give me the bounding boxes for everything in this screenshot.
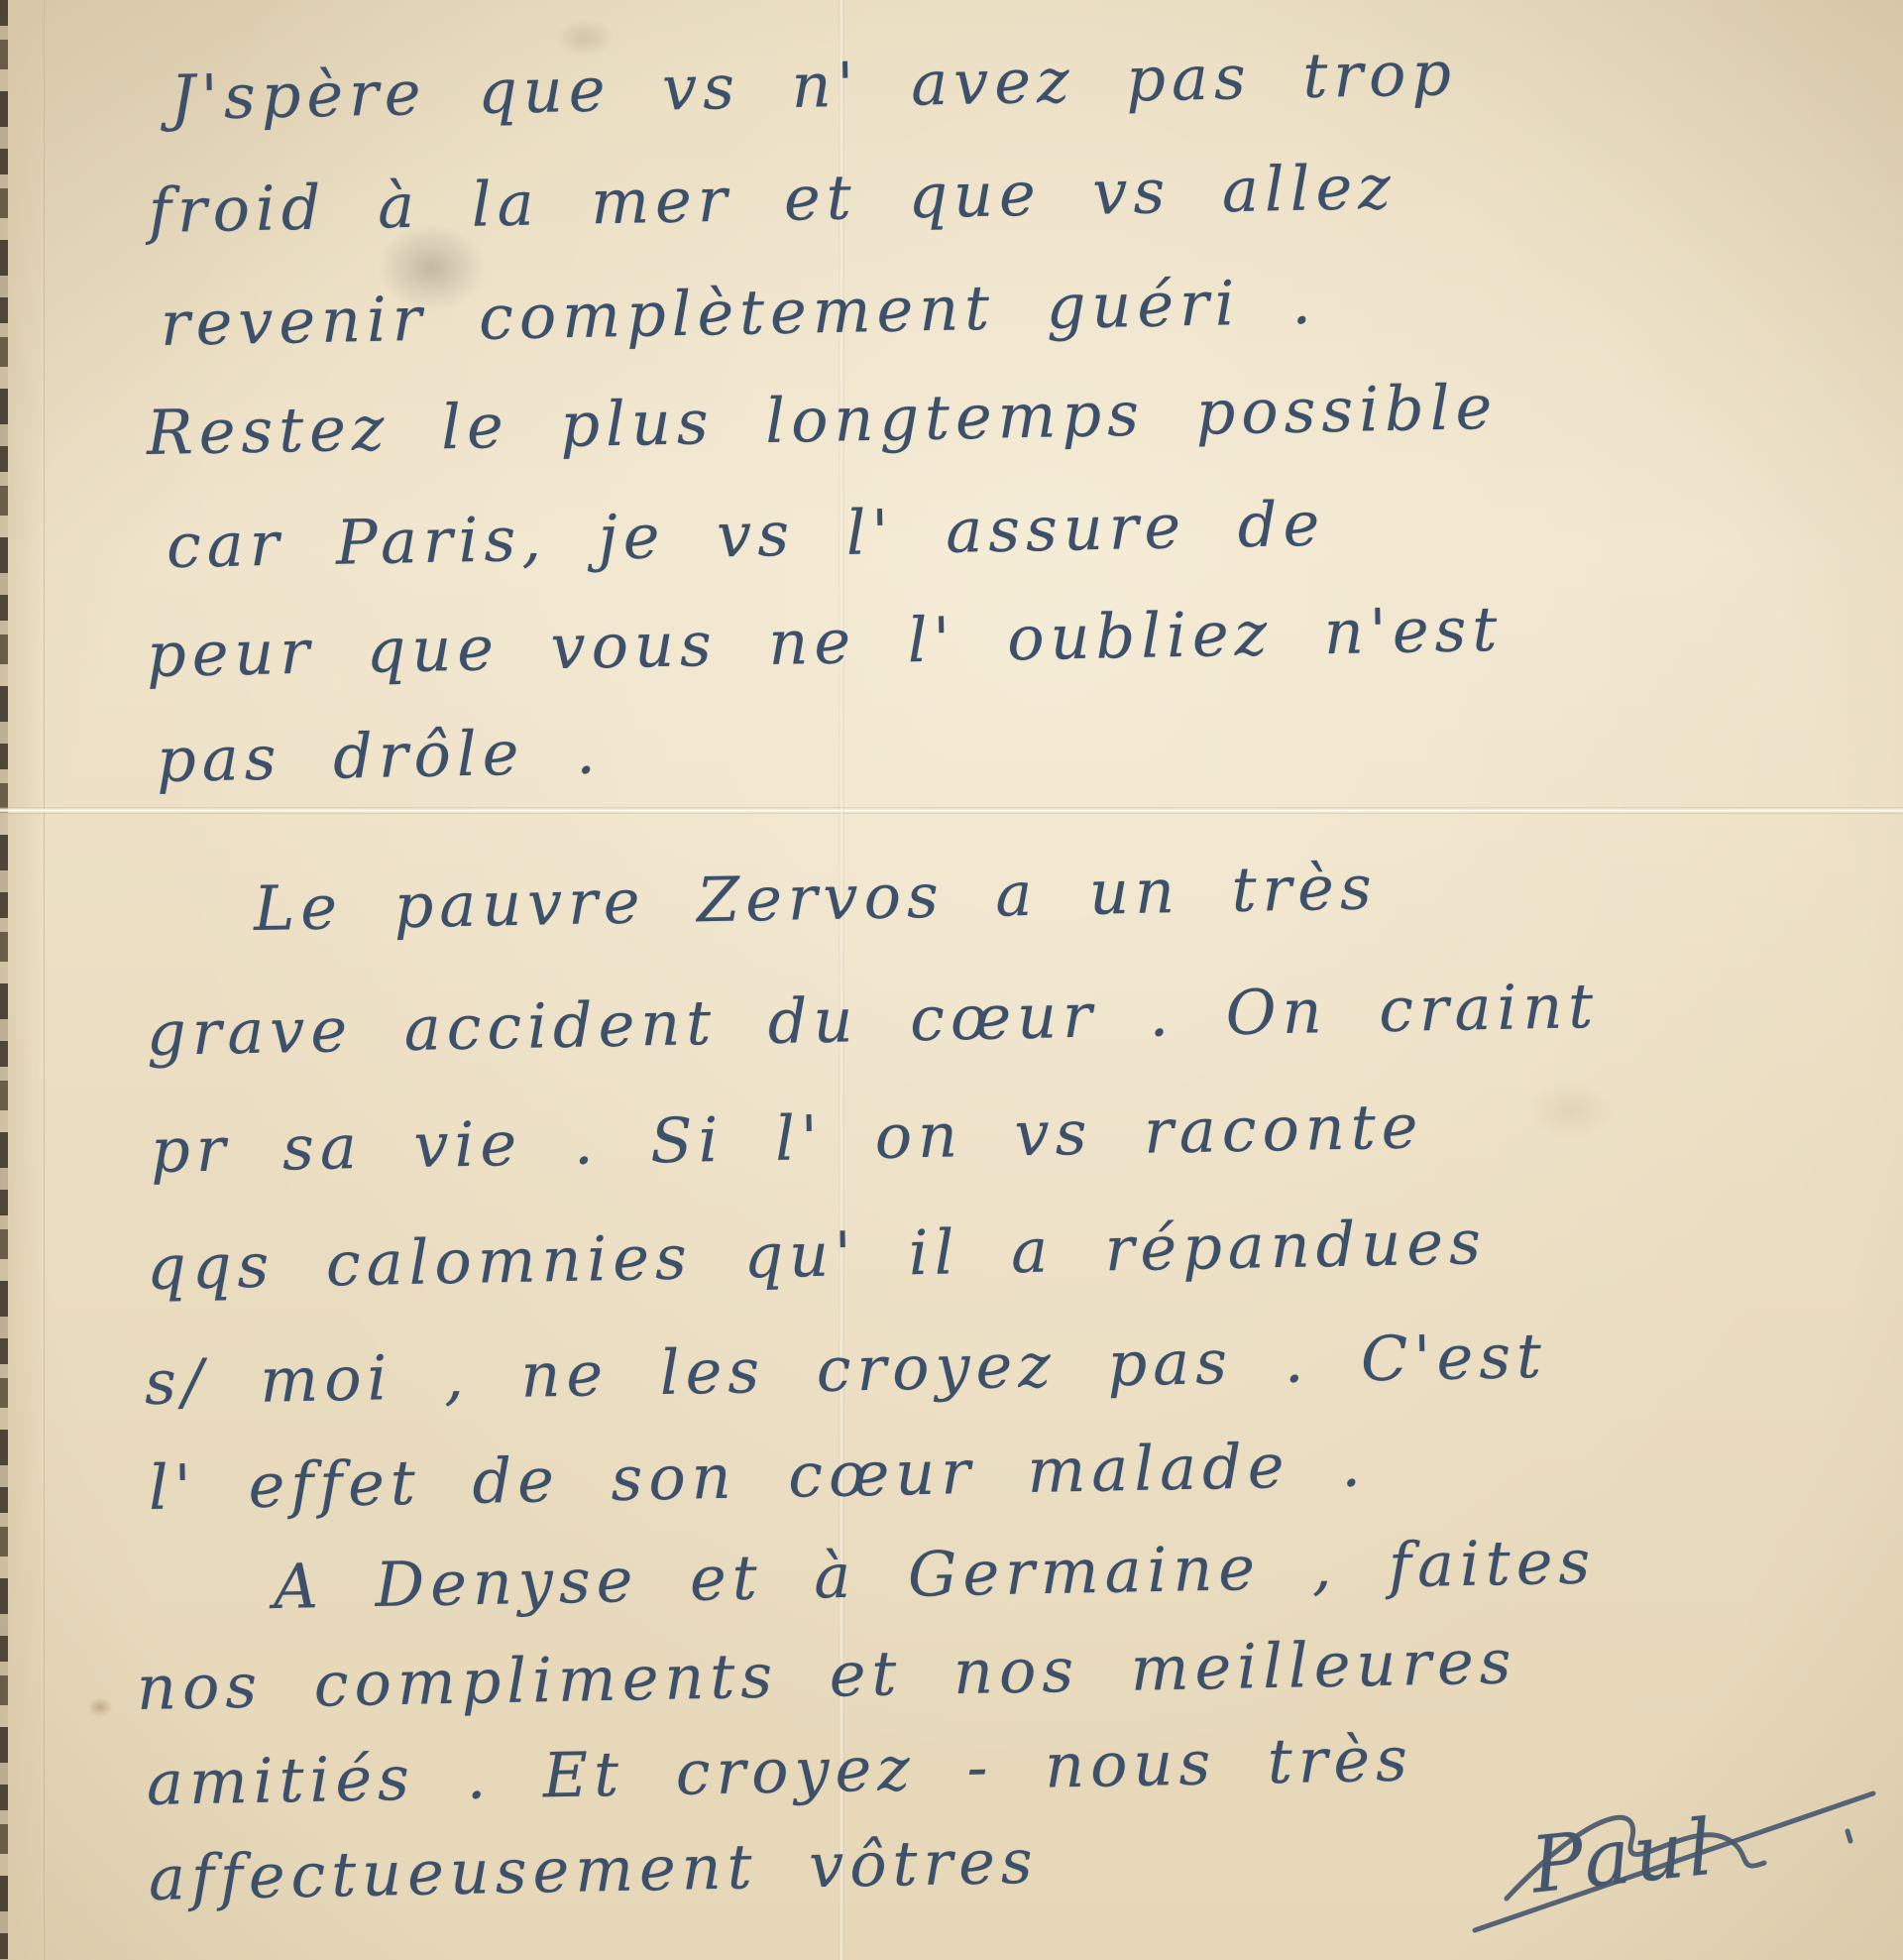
paper-stain [1526,1081,1616,1140]
signature: Paul [1437,1775,1893,1953]
paper-stain [87,1697,113,1717]
letter-line: l' effet de son cœur malade . [148,1428,1367,1524]
letter-line: J'spère que vs n' avez pas trop [169,37,1457,134]
fold-crease-horizontal [0,807,1903,814]
letter-line: car Paris, je vs l' assure de [166,488,1326,582]
letter-line: amitiés . Et croyez - nous très [146,1722,1413,1819]
letter-line: A Denyse et à Germaine , faites [273,1525,1597,1623]
scan-edge-strip [0,0,8,1960]
letter-line: revenir complètement guéri . [160,266,1317,360]
letter-line: pas drôle . [156,715,602,796]
letter-line: froid à la mer et que vs allez [148,151,1397,247]
letter-line: Le pauvre Zervos a un très [253,851,1378,945]
letter-line: affectueusement vôtres [148,1825,1039,1914]
paper-stain [555,18,615,58]
signature-flourish-icon [1437,1775,1893,1953]
letter-line: pr sa vie . Si l' on vs raconte [150,1090,1424,1187]
letter-line: qqs calomnies qu' il a répandues [146,1206,1487,1304]
letter-line: Restez le plus longtemps possible [146,371,1499,469]
letter-line: grave accident du cœur . On craint [146,970,1600,1070]
letter-page: J'spère que vs n' avez pas trop froid à … [0,0,1903,1960]
letter-line: s/ moi , ne les croyez pas . C'est [144,1320,1547,1419]
letter-line: nos compliments et nos meilleures [136,1625,1517,1724]
letter-line: peur que vous ne l' oubliez n'est [146,593,1504,691]
